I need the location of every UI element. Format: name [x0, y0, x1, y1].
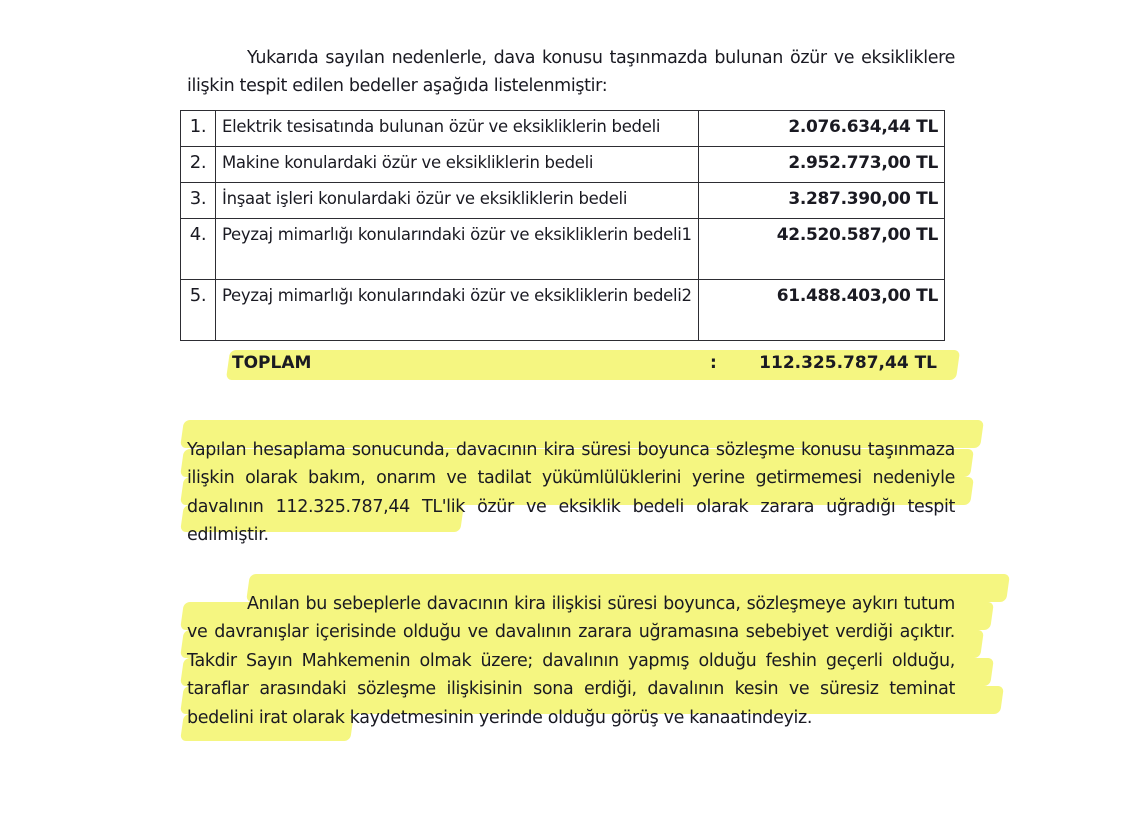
row-number: 2. [181, 147, 216, 183]
row-description: Peyzaj mimarlığı konularındaki özür ve e… [216, 280, 699, 341]
row-number: 1. [181, 111, 216, 147]
table-row: 4. Peyzaj mimarlığı konularındaki özür v… [181, 219, 945, 280]
row-amount: 3.287.390,00 TL [699, 183, 945, 219]
conclusion-paragraph: Anılan bu sebeplerle davacının kira iliş… [187, 590, 955, 733]
cost-table: 1. Elektrik tesisatında bulunan özür ve … [180, 110, 945, 341]
table-row: 1. Elektrik tesisatında bulunan özür ve … [181, 111, 945, 147]
table-row: 3. İnşaat işleri konulardaki özür ve eks… [181, 183, 945, 219]
row-description: Elektrik tesisatında bulunan özür ve eks… [216, 111, 699, 147]
row-description: İnşaat işleri konulardaki özür ve eksikl… [216, 183, 699, 219]
table-row: 2. Makine konulardaki özür ve eksiklikle… [181, 147, 945, 183]
row-description: Makine konulardaki özür ve eksikliklerin… [216, 147, 699, 183]
row-number: 5. [181, 280, 216, 341]
total-label: TOPLAM [232, 353, 311, 373]
row-number: 3. [181, 183, 216, 219]
row-number: 4. [181, 219, 216, 280]
intro-paragraph: Yukarıda sayılan nedenlerle, dava konusu… [187, 44, 955, 101]
row-description: Peyzaj mimarlığı konularındaki özür ve e… [216, 219, 699, 280]
table-row: 5. Peyzaj mimarlığı konularındaki özür v… [181, 280, 945, 341]
row-amount: 2.952.773,00 TL [699, 147, 945, 183]
calculation-paragraph: Yapılan hesaplama sonucunda, davacının k… [187, 436, 955, 550]
total-separator: : [710, 353, 717, 373]
row-amount: 42.520.587,00 TL [699, 219, 945, 280]
total-amount: 112.325.787,44 TL [759, 353, 937, 373]
row-amount: 61.488.403,00 TL [699, 280, 945, 341]
row-amount: 2.076.634,44 TL [699, 111, 945, 147]
